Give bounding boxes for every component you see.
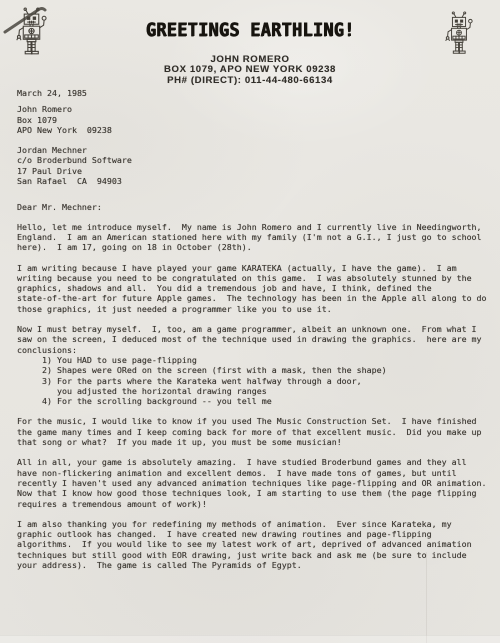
letter-paragraph: Hello, let me introduce myself. My name … <box>17 222 497 253</box>
letter-paragraph: Now I must betray myself. I, too, am a g… <box>17 324 497 406</box>
letterhead-title: GREETINGS EARTHLING! <box>0 19 500 41</box>
letterhead-contact: JOHN ROMERO BOX 1079, APO NEW YORK 09238… <box>0 55 500 86</box>
salutation: Dear Mr. Mechner: <box>17 202 497 212</box>
scan-artifact-line <box>426 552 427 643</box>
letter-body: March 24, 1985 John Romero Box 1079 APO … <box>17 88 497 580</box>
letter-paragraph: I am also thanking you for redefining my… <box>17 519 497 570</box>
letter-date: March 24, 1985 <box>17 88 497 98</box>
contact-phone: PH# (DIRECT): 011-44-480-66134 <box>0 76 500 86</box>
letter-paragraph: All in all, your game is absolutely amaz… <box>17 457 497 508</box>
sender-address: John Romero Box 1079 APO New York 09238 <box>17 104 497 135</box>
scanned-letter-page: GREETINGS EARTHLING! JOHN ROMERO BOX 107… <box>0 0 500 643</box>
scan-bottom-edge <box>0 635 500 643</box>
letter-paragraph: For the music, I would like to know if y… <box>17 416 497 447</box>
recipient-address: Jordan Mechner c/o Broderbund Software 1… <box>17 145 497 186</box>
letter-paragraph: I am writing because I have played your … <box>17 263 497 314</box>
